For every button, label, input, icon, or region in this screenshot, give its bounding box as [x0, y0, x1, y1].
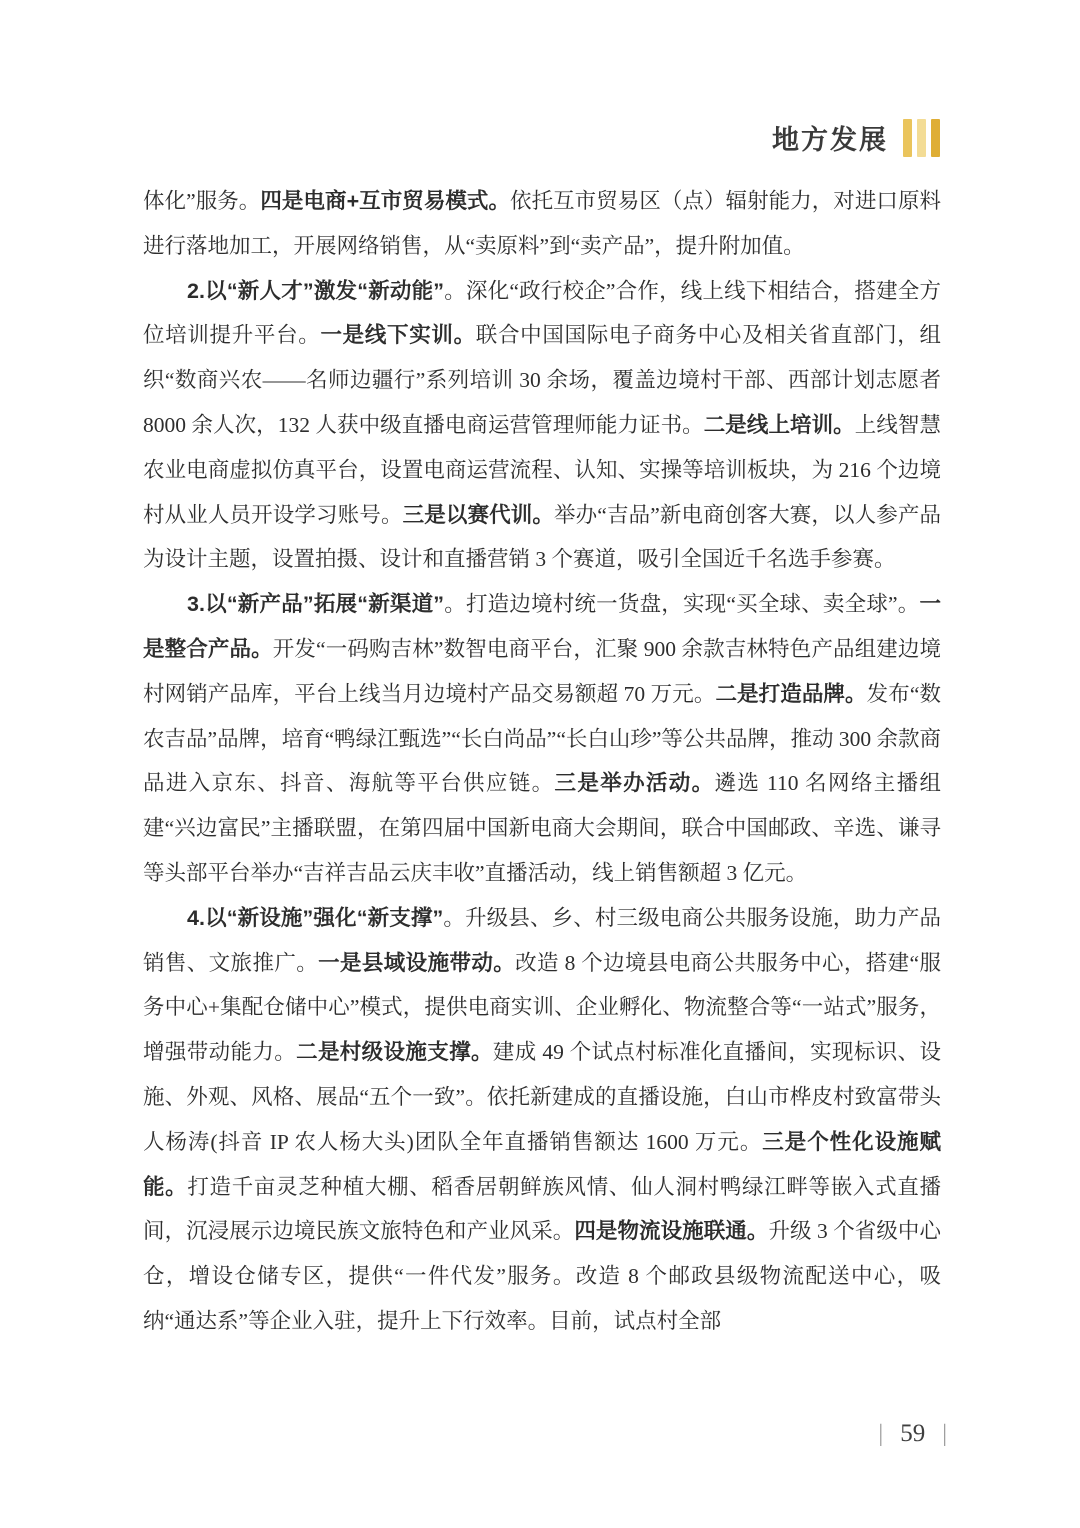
section-marker-bars-icon	[903, 119, 940, 157]
paragraph: 3.以“新产品”拓展“新渠道”。打造边境村统一货盘，实现“买全球、卖全球”。一是…	[143, 582, 941, 896]
bold-run: 一是县域设施带动。	[318, 951, 515, 975]
page-number: | 59 |	[878, 1420, 947, 1448]
bold-run: 四是物流设施联通。	[574, 1219, 768, 1243]
bold-run: 4.以“新设施”强化“新支撑”	[187, 906, 443, 930]
paragraph: 4.以“新设施”强化“新支撑”。升级县、乡、村三级电商公共服务设施，助力产品销售…	[143, 896, 941, 1344]
bold-run: 二是村级设施支撑。	[296, 1040, 493, 1064]
text-run: 体化”服务。	[143, 189, 260, 213]
document-page: 地方发展 体化”服务。四是电商+互市贸易模式。依托互市贸易区（点）辐射能力，对进…	[0, 0, 1080, 1528]
marker-bar	[931, 119, 940, 157]
marker-bar	[903, 119, 912, 157]
bold-run: 二是打造品牌。	[715, 682, 866, 706]
bold-run: 一是线下实训。	[320, 323, 475, 347]
bold-run: 三是以赛代训。	[403, 503, 554, 527]
bold-run: 二是线上培训。	[704, 413, 855, 437]
bold-run: 3.以“新产品”拓展“新渠道”	[187, 592, 444, 616]
page-header: 地方发展	[772, 118, 940, 157]
bold-run: 四是电商+互市贸易模式。	[260, 189, 510, 213]
page-number-separator-right: |	[942, 1421, 947, 1448]
marker-bar	[917, 119, 926, 157]
section-title: 地方发展	[772, 118, 888, 157]
body-text: 体化”服务。四是电商+互市贸易模式。依托互市贸易区（点）辐射能力，对进口原料进行…	[143, 179, 941, 1344]
page-number-value: 59	[900, 1420, 925, 1448]
bold-run: 三是举办活动。	[555, 771, 715, 795]
paragraph: 体化”服务。四是电商+互市贸易模式。依托互市贸易区（点）辐射能力，对进口原料进行…	[143, 179, 941, 269]
text-run: 。打造边境村统一货盘，实现“买全球、卖全球”。	[444, 592, 919, 616]
page-number-separator-left: |	[878, 1421, 883, 1448]
bold-run: 2.以“新人才”激发“新动能”	[187, 279, 444, 303]
paragraph: 2.以“新人才”激发“新动能”。深化“政行校企”合作，线上线下相结合，搭建全方位…	[143, 269, 941, 583]
